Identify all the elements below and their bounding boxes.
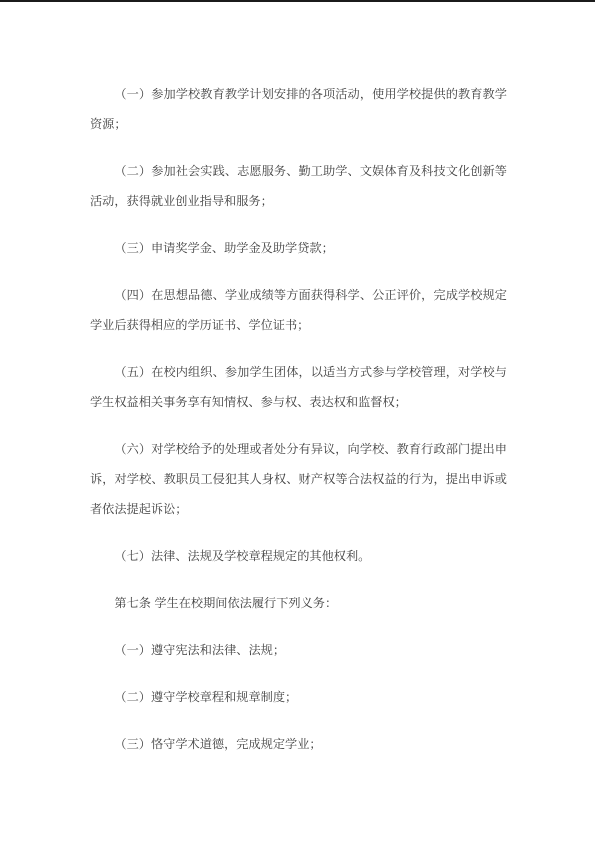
paragraph-item-4: （四）在思想品德、学业成绩等方面获得科学、公正评价，完成学校规定学业后获得相应的… [90, 280, 507, 340]
paragraph-item-5: （五）在校内组织、参加学生团体，以适当方式参与学校管理，对学校与学生权益相关事务… [90, 357, 507, 417]
paragraph-item-3: （三）申请奖学金、助学金及助学贷款； [90, 233, 507, 263]
paragraph-item-7: （七）法律、法规及学校章程规定的其他权利。 [90, 541, 507, 571]
duty-item-2: （二）遵守学校章程和规章制度； [90, 682, 507, 712]
duty-item-1: （一）遵守宪法和法律、法规； [90, 635, 507, 665]
paragraph-item-2: （二）参加社会实践、志愿服务、勤工助学、文娱体育及科技文化创新等活动，获得就业创… [90, 156, 507, 216]
document-page: （一）参加学校教育教学计划安排的各项活动，使用学校提供的教育教学资源； （二）参… [0, 0, 595, 841]
article-heading-paragraph: 第七条 学生在校期间依法履行下列义务： [90, 588, 507, 618]
paragraph-item-1: （一）参加学校教育教学计划安排的各项活动，使用学校提供的教育教学资源； [90, 79, 507, 139]
paragraph-item-6: （六）对学校给予的处理或者处分有异议，向学校、教育行政部门提出申诉，对学校、教职… [90, 434, 507, 524]
duty-item-3: （三）恪守学术道德，完成规定学业； [90, 729, 507, 759]
document-body: （一）参加学校教育教学计划安排的各项活动，使用学校提供的教育教学资源； （二）参… [90, 79, 507, 776]
page-top-edge-line [0, 0, 595, 2]
